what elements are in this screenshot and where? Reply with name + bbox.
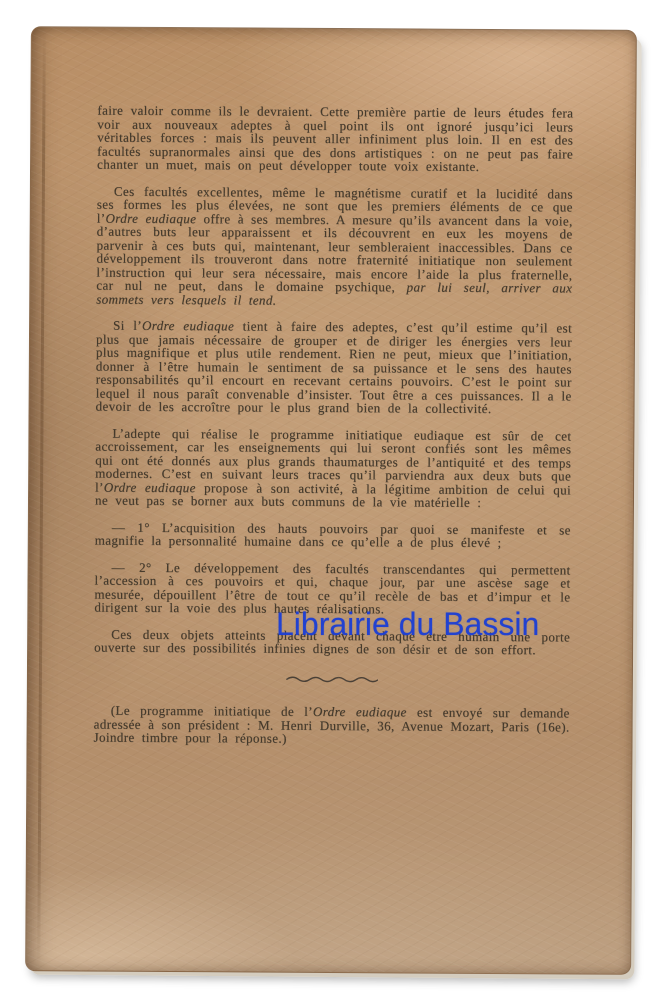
paragraph: (Le programme initiatique de l’Ordre eud… (94, 704, 570, 747)
spine-fold (37, 31, 46, 966)
text: tient à faire des adeptes, c’est qu’il e… (96, 318, 573, 416)
wavy-divider (94, 669, 570, 685)
book-back-cover: faire valoir comme ils le devraient. Cet… (25, 26, 637, 975)
paragraph: — 1° L’acquisition des hauts pouvoirs pa… (95, 520, 571, 550)
main-text-block: faire valoir comme ils le devraient. Cet… (94, 104, 573, 657)
text: — 1° L’acquisition des hauts pouvoirs pa… (95, 519, 571, 550)
note-text-block: (Le programme initiatique de l’Ordre eud… (94, 704, 570, 747)
paragraph: L’adepte qui réalise le programme initia… (95, 426, 571, 510)
cover-text: faire valoir comme ils le devraient. Cet… (92, 104, 573, 974)
text: faire valoir comme ils le devraient. Cet… (97, 103, 573, 174)
paragraph: Si l’Ordre eudiaque tient à faire des ad… (96, 319, 573, 416)
watermark: Librairie du Bassin (276, 608, 539, 640)
paragraph: Ces facultés excellentes, même le magnét… (96, 184, 573, 308)
paragraph: faire valoir comme ils le devraient. Cet… (97, 104, 573, 174)
book-photo: faire valoir comme ils le devraient. Cet… (0, 0, 657, 1000)
